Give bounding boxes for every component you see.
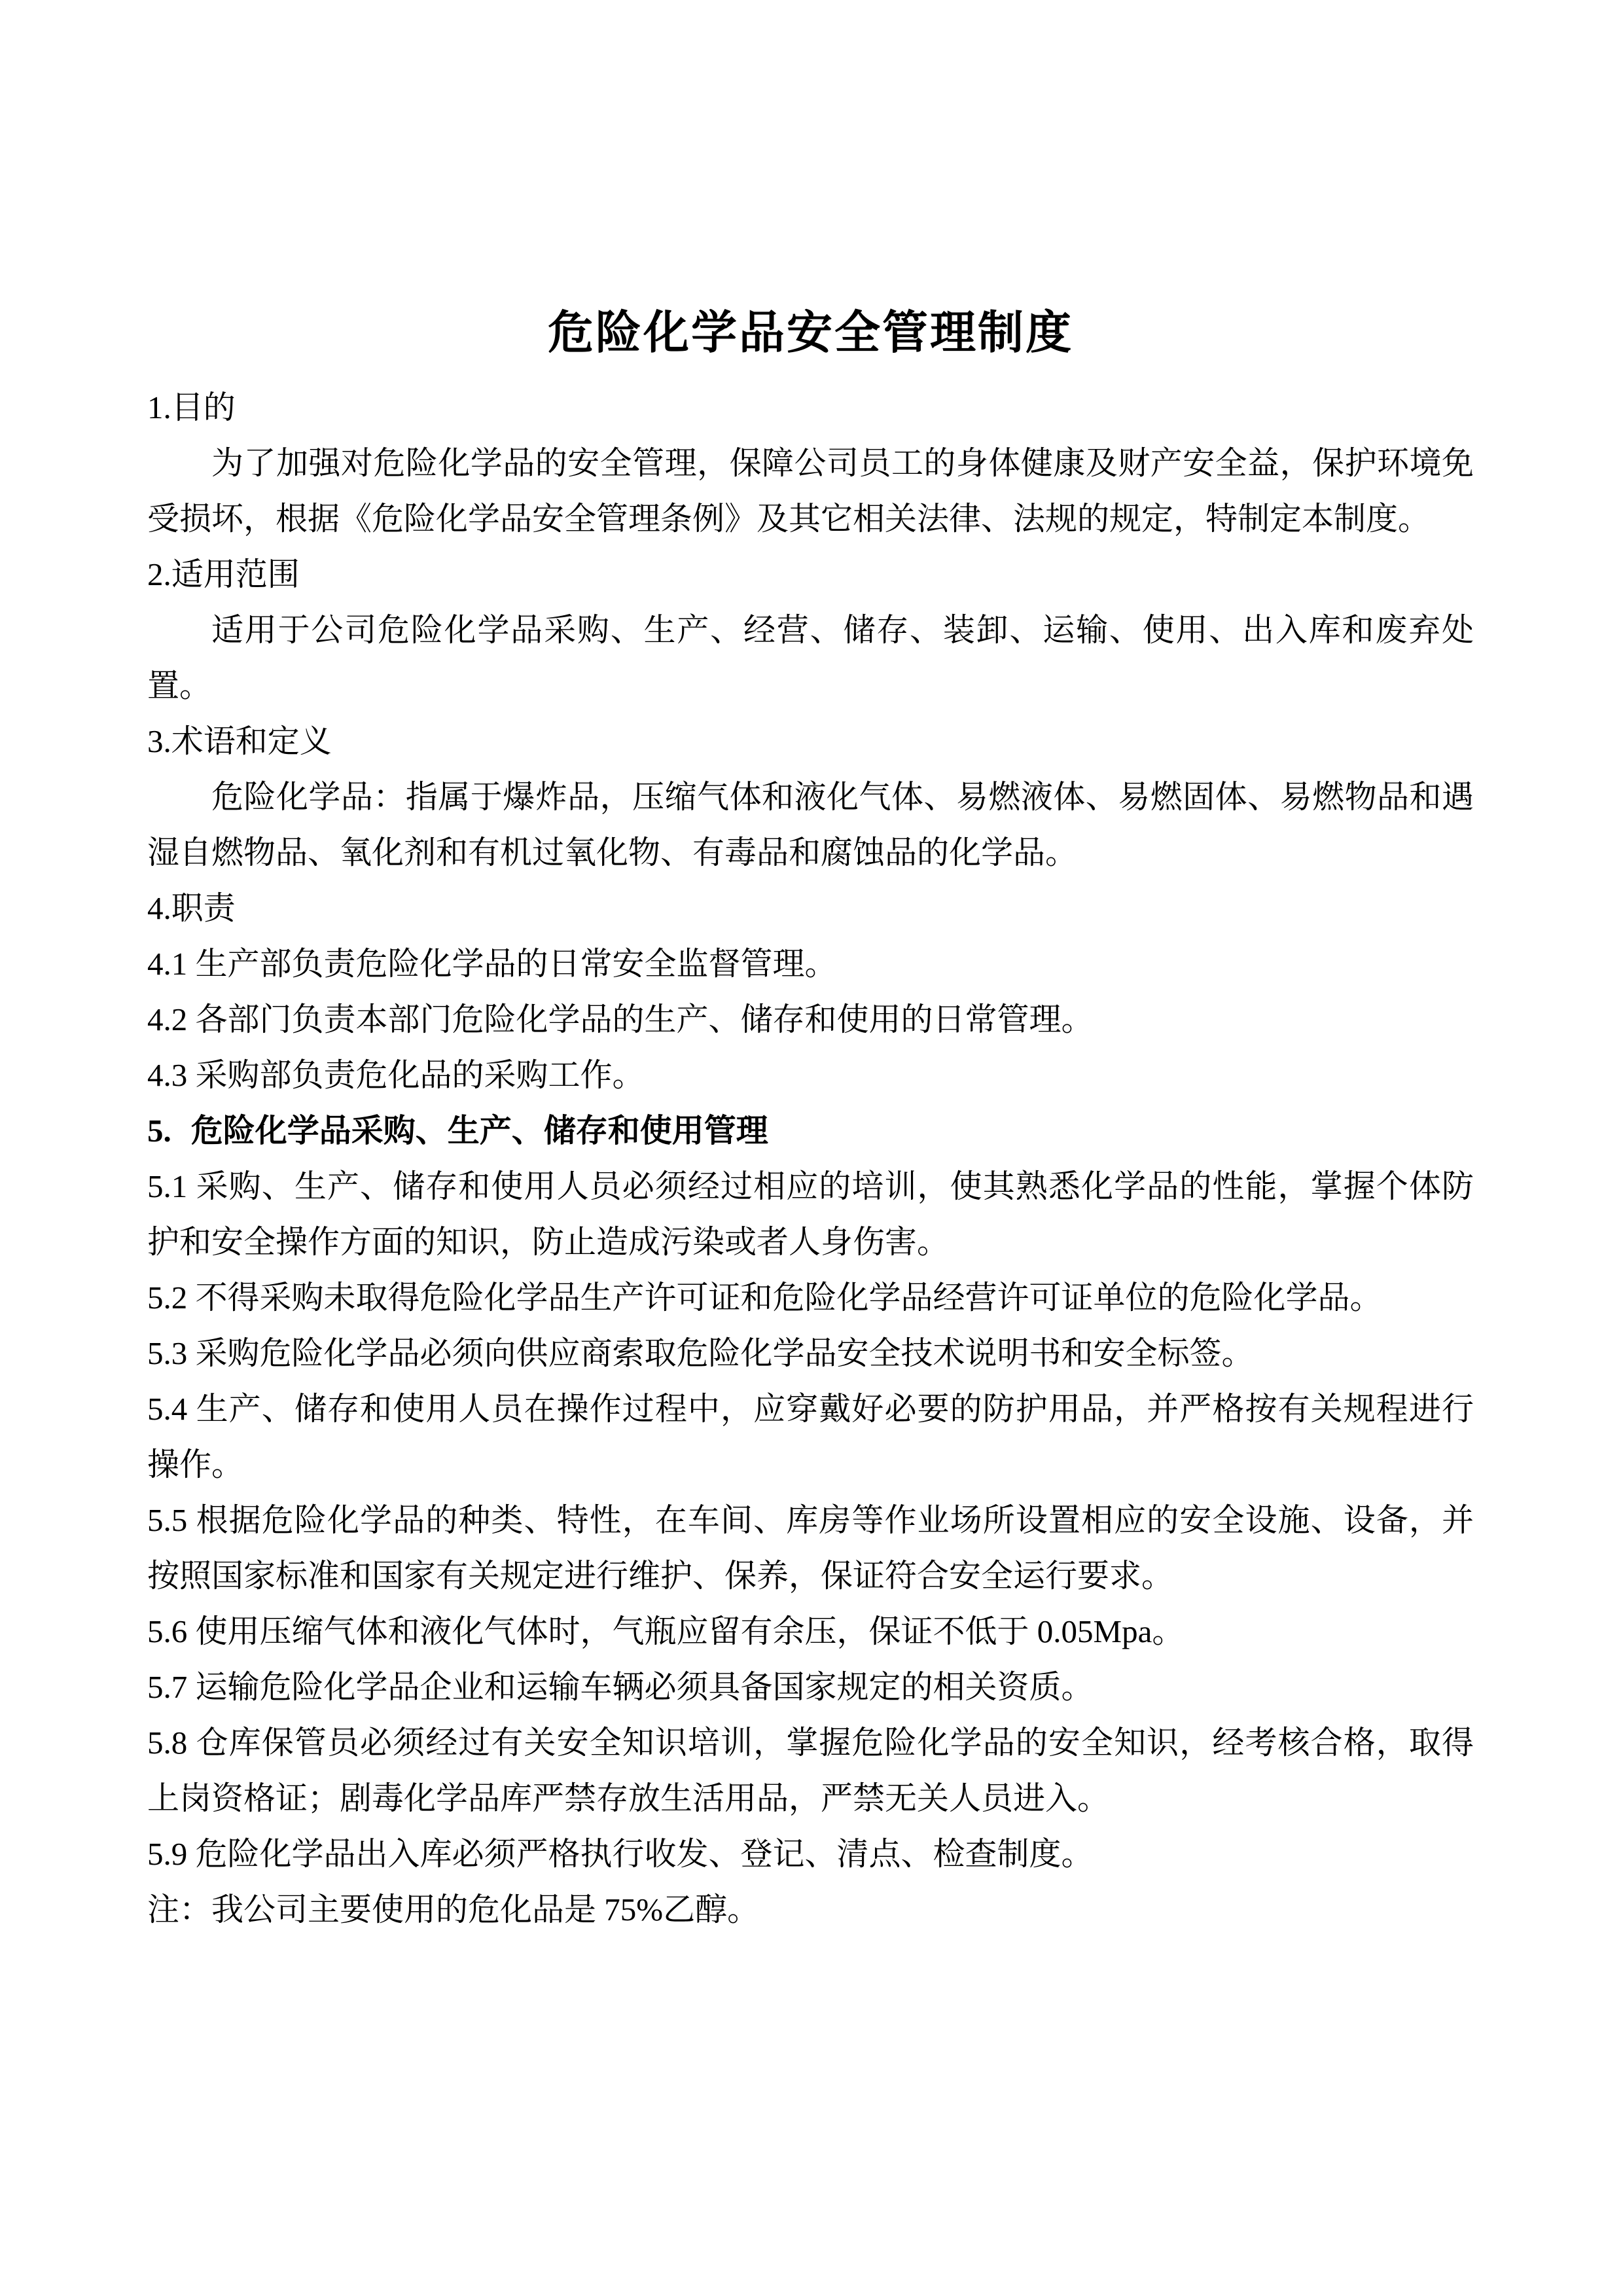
paragraph-duty-4-2: 4.2 各部门负责本部门危险化学品的生产、储存和使用的日常管理。	[147, 992, 1474, 1047]
paragraph-rule-5-2: 5.2 不得采购未取得危险化学品生产许可证和危险化学品经营许可证单位的危险化学品…	[147, 1270, 1474, 1325]
paragraph-purpose: 为了加强对危险化学品的安全管理，保障公司员工的身体健康及财产安全益，保护环境免受…	[147, 435, 1474, 547]
paragraph-rule-5-8: 5.8 仓库保管员必须经过有关安全知识培训，掌握危险化学品的安全知识，经考核合格…	[147, 1715, 1474, 1826]
paragraph-rule-5-7: 5.7 运输危险化学品企业和运输车辆必须具备国家规定的相关资质。	[147, 1659, 1474, 1715]
paragraph-rule-5-4: 5.4 生产、储存和使用人员在操作过程中，应穿戴好必要的防护用品，并严格按有关规…	[147, 1381, 1474, 1492]
section-heading-definitions: 3.术语和定义	[147, 713, 1474, 769]
paragraph-rule-5-3: 5.3 采购危险化学品必须向供应商索取危险化学品安全技术说明书和安全标签。	[147, 1325, 1474, 1381]
section-heading-duties: 4.职责	[147, 880, 1474, 936]
paragraph-rule-5-5: 5.5 根据危险化学品的种类、特性，在车间、库房等作业场所设置相应的安全设施、设…	[147, 1492, 1474, 1604]
document-page: 危险化学品安全管理制度 1.目的 为了加强对危险化学品的安全管理，保障公司员工的…	[0, 0, 1623, 2296]
paragraph-definitions: 危险化学品：指属于爆炸品，压缩气体和液化气体、易燃液体、易燃固体、易燃物品和遇湿…	[147, 769, 1474, 880]
paragraph-rule-5-6: 5.6 使用压缩气体和液化气体时，气瓶应留有余压，保证不低于 0.05Mpa。	[147, 1604, 1474, 1659]
paragraph-rule-5-9: 5.9 危险化学品出入库必须严格执行收发、登记、清点、检查制度。	[147, 1826, 1474, 1882]
page-title: 危险化学品安全管理制度	[147, 298, 1474, 370]
section-number: 5.	[147, 1103, 171, 1158]
paragraph-note: 注：我公司主要使用的危化品是 75%乙醇。	[147, 1882, 1474, 1937]
paragraph-scope: 适用于公司危险化学品采购、生产、经营、储存、装卸、运输、使用、出入库和废弃处置。	[147, 602, 1474, 713]
section-heading-purpose: 1.目的	[147, 380, 1474, 435]
section-heading-management: 5.危险化学品采购、生产、储存和使用管理	[147, 1103, 1474, 1158]
section-heading-management-label: 危险化学品采购、生产、储存和使用管理	[191, 1113, 768, 1149]
section-heading-scope: 2.适用范围	[147, 547, 1474, 602]
paragraph-duty-4-1: 4.1 生产部负责危险化学品的日常安全监督管理。	[147, 936, 1474, 992]
paragraph-duty-4-3: 4.3 采购部负责危化品的采购工作。	[147, 1047, 1474, 1103]
paragraph-rule-5-1: 5.1 采购、生产、储存和使用人员必须经过相应的培训，使其熟悉化学品的性能，掌握…	[147, 1158, 1474, 1270]
